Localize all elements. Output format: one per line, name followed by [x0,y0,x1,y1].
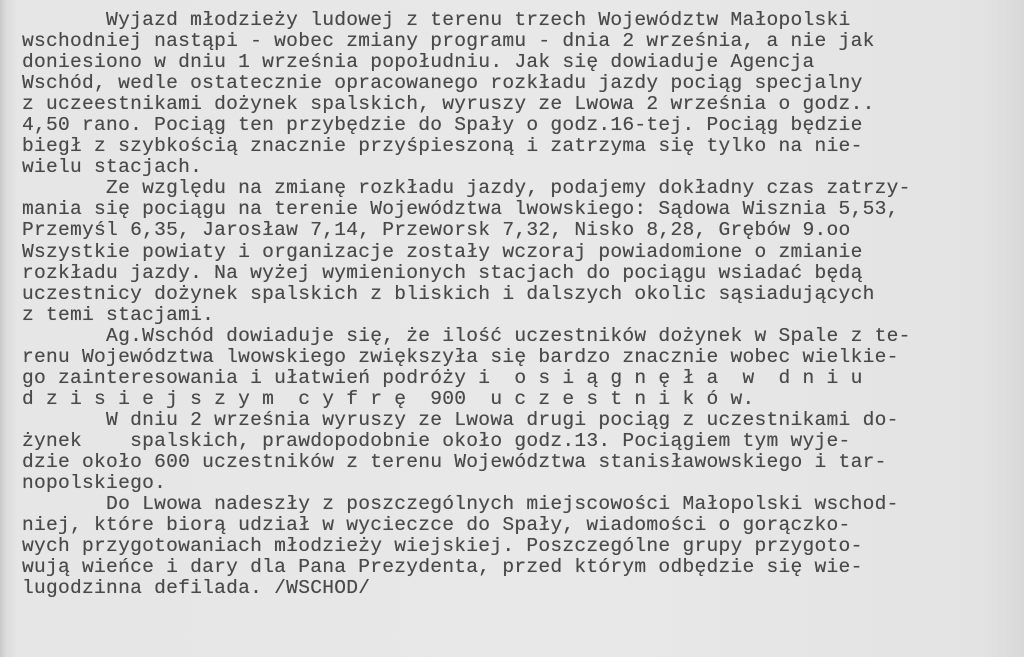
document-body: Wyjazd młodzieży ludowej z terenu trzech… [22,10,1022,599]
text-line: uczestnicy dożynek spalskich z bliskich … [22,284,1022,305]
text-line: lugodzinna defilada. /WSCHOD/ [22,578,1022,599]
text-line: nopolskiego. [22,473,1022,494]
text-line: wschodniej nastąpi - wobec zmiany progra… [22,31,1022,52]
text-line: wują wieńce i dary dla Pana Prezydenta, … [22,557,1022,578]
top-dashed-rule: ----------------------------------------… [30,0,870,4]
text-line: Wszystkie powiaty i organizacje zostały … [22,242,1022,263]
typewritten-document-page: ----------------------------------------… [0,0,1024,657]
text-line: W dniu 2 września wyruszy ze Lwowa drugi… [22,410,1022,431]
text-line: z temi stacjami. [22,305,1022,326]
text-line: go zainteresowania i ułatwień podróży i … [22,368,1022,389]
text-line: renu Województwa lwowskiego zwiększyła s… [22,347,1022,368]
text-line: Wschód, wedle ostatecznie opracowanego r… [22,73,1022,94]
text-line: Przemyśl 6,35, Jarosław 7,14, Przeworsk … [22,220,1022,241]
text-line: wych przygotowaniach młodzieży wiejskiej… [22,536,1022,557]
text-line: d z i s i e j s z y m c y f r ę 900 u c … [22,389,1022,410]
text-line: Wyjazd młodzieży ludowej z terenu trzech… [22,10,1022,31]
text-line: z uczeestnikami dożynek spalskich, wyrus… [22,94,1022,115]
text-line: rozkładu jazdy. Na wyżej wymienionych st… [22,263,1022,284]
text-line: biegł z szybkością znacznie przyśpieszon… [22,136,1022,157]
text-line: 4,50 rano. Pociąg ten przybędzie do Spał… [22,115,1022,136]
text-line: żynek spalskich, prawdopodobnie około go… [22,431,1022,452]
text-line: dzie około 600 uczestników z terenu Woje… [22,452,1022,473]
text-line: mania się pociągu na terenie Województwa… [22,199,1022,220]
text-line: niej, które biorą udział w wycieczce do … [22,515,1022,536]
text-line: wielu stacjach. [22,157,1022,178]
text-line: Ze względu na zmianę rozkładu jazdy, pod… [22,178,1022,199]
text-line: Ag.Wschód dowiaduje się, że ilość uczest… [22,326,1022,347]
text-line: doniesiono w dniu 1 września popołudniu.… [22,52,1022,73]
text-line: Do Lwowa nadeszły z poszczególnych miejs… [22,494,1022,515]
